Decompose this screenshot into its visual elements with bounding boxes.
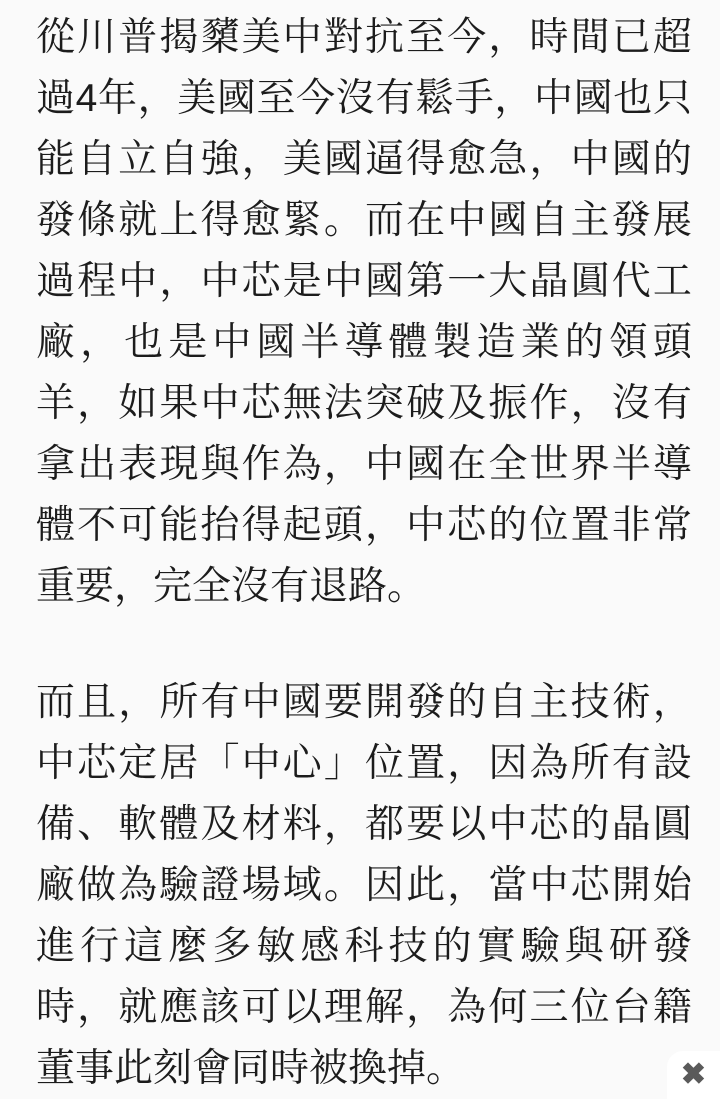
text-line: 體不可能抬得起頭，中芯的位置非常 <box>36 495 692 556</box>
text-line: 廠做為驗證場域。因此，當中芯開始 <box>36 855 692 916</box>
article: 從川普揭櫫美中對抗至今，時間已超過4年，美國至今沒有鬆手，中國也只能自立自強，美… <box>0 0 720 1099</box>
close-icon: ✖ <box>681 1060 706 1090</box>
text-line: 進行這麼多敏感科技的實驗與研發 <box>36 916 692 977</box>
text-line: 發條就上得愈緊。而在中國自主發展 <box>36 190 692 251</box>
text-line: 能自立自強，美國逼得愈急，中國的 <box>36 129 692 190</box>
text-line: 過4年，美國至今沒有鬆手，中國也只 <box>36 68 692 129</box>
text-line: 而且，所有中國要開發的自主技術， <box>36 672 692 733</box>
paragraph: 從川普揭櫫美中對抗至今，時間已超過4年，美國至今沒有鬆手，中國也只能自立自強，美… <box>36 7 692 617</box>
text-line: 廠，也是中國半導體製造業的領頭 <box>36 312 692 373</box>
article-page: 從川普揭櫫美中對抗至今，時間已超過4年，美國至今沒有鬆手，中國也只能自立自強，美… <box>0 0 720 1099</box>
text-line: 時，就應該可以理解，為何三位台籍 <box>36 977 692 1038</box>
text-line: 過程中，中芯是中國第一大晶圓代工 <box>36 251 692 312</box>
close-button[interactable]: ✖ <box>667 1051 720 1099</box>
text-line: 董事此刻會同時被換掉。 <box>36 1038 692 1099</box>
text-line: 中芯定居「中心」位置，因為所有設 <box>36 733 692 794</box>
text-line: 備、軟體及材料，都要以中芯的晶圓 <box>36 794 692 855</box>
text-line: 從川普揭櫫美中對抗至今，時間已超 <box>36 7 692 68</box>
text-line: 羊，如果中芯無法突破及振作，沒有 <box>36 373 692 434</box>
text-line: 拿出表現與作為，中國在全世界半導 <box>36 434 692 495</box>
text-line: 重要，完全沒有退路。 <box>36 556 692 617</box>
paragraph: 而且，所有中國要開發的自主技術，中芯定居「中心」位置，因為所有設備、軟體及材料，… <box>36 672 692 1099</box>
